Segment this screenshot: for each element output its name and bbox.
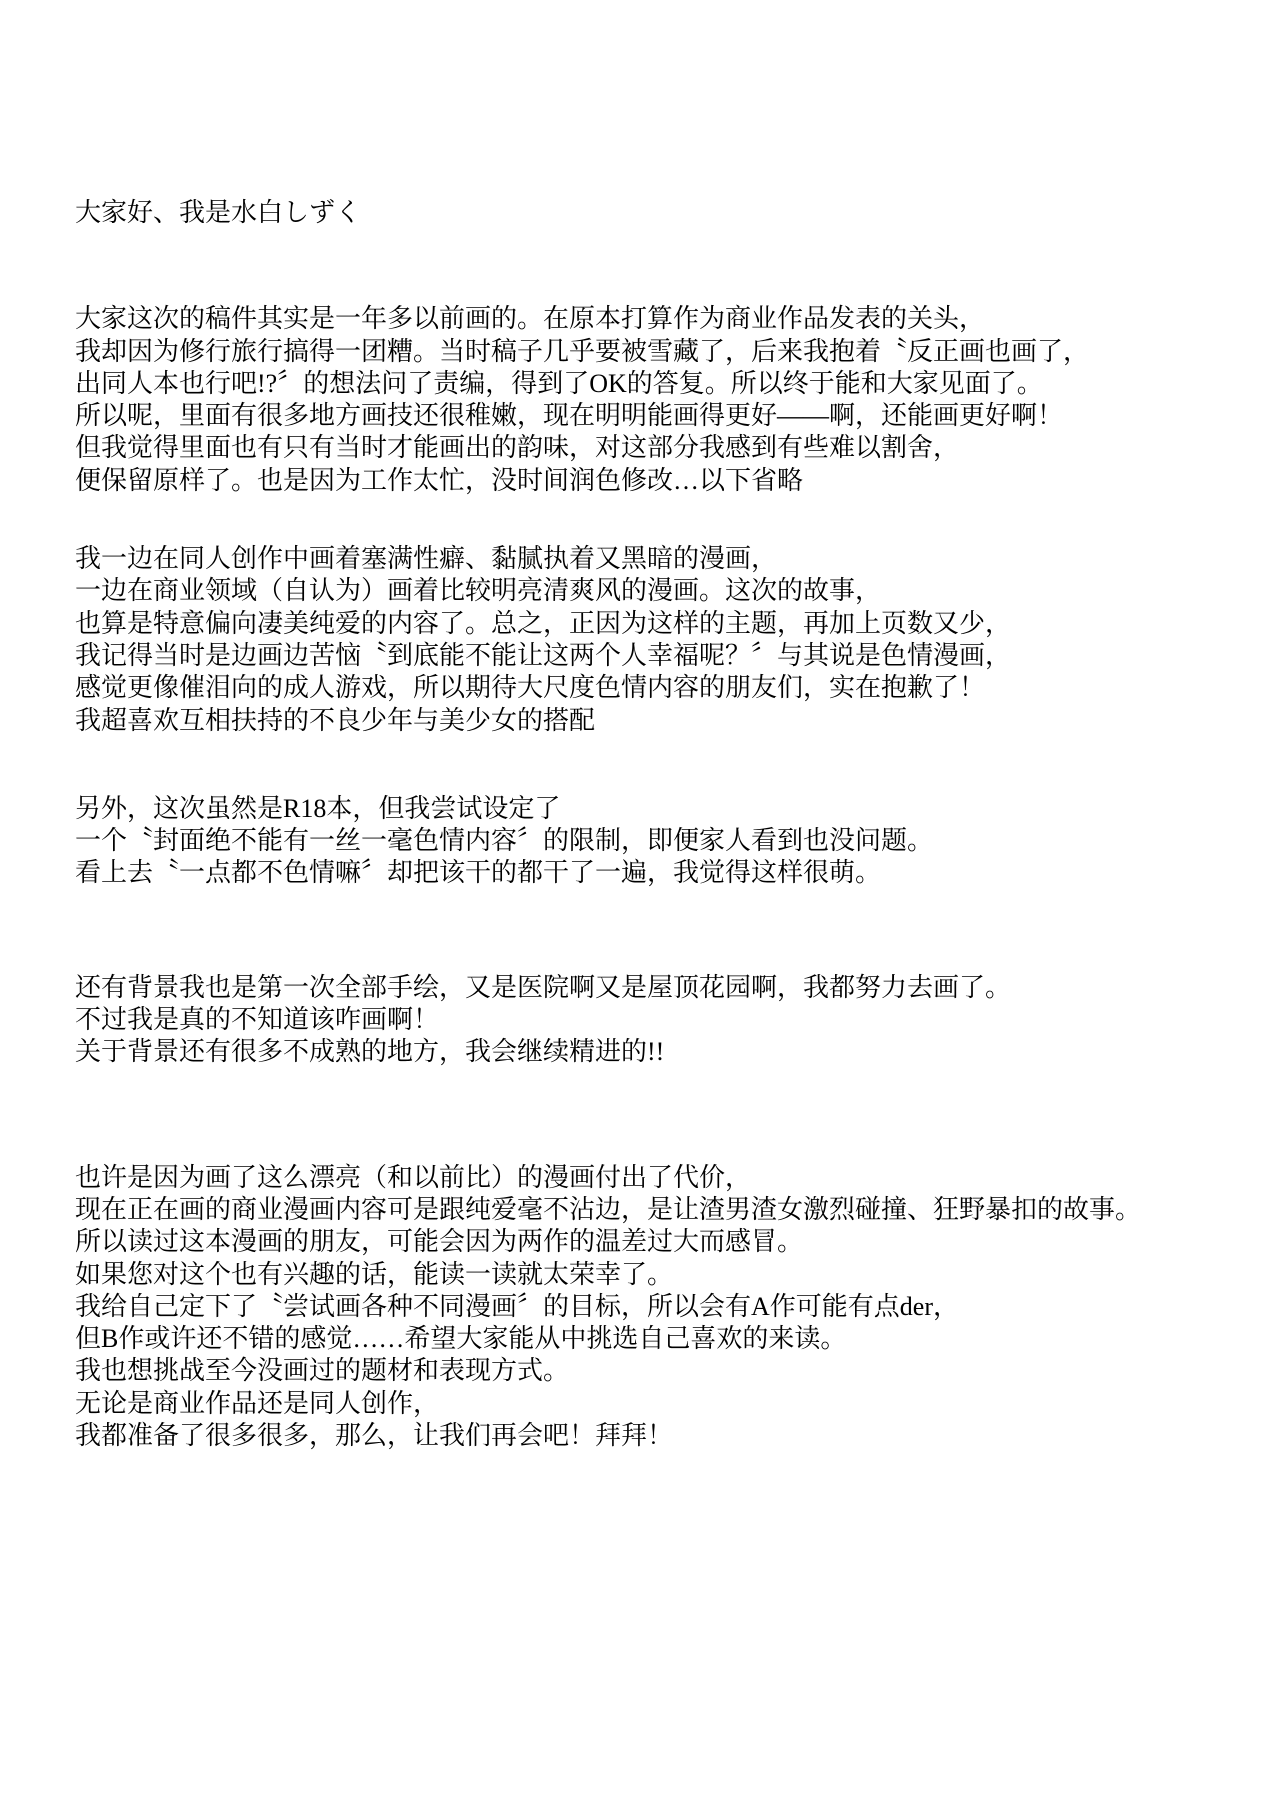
text-line: 一个〝封面绝不能有一丝一毫色情内容〞的限制，即便家人看到也没问题。 <box>75 825 1225 857</box>
afterword-page: 大家好、我是水白しずく 大家这次的稿件其实是一年多以前画的。在原本打算作为商业作… <box>0 0 1280 1808</box>
text-line: 所以读过这本漫画的朋友，可能会因为两作的温差过大而感冒。 <box>75 1226 1225 1258</box>
text-line: 我却因为修行旅行搞得一团糟。当时稿子几乎要被雪藏了，后来我抱着〝反正画也画了， <box>75 336 1225 368</box>
text-line: 但B作或许还不错的感觉……希望大家能从中挑选自己喜欢的来读。 <box>75 1323 1225 1355</box>
text-line: 大家这次的稿件其实是一年多以前画的。在原本打算作为商业作品发表的关头， <box>75 303 1225 335</box>
text-line: 我都准备了很多很多，那么，让我们再会吧！拜拜！ <box>75 1420 1225 1452</box>
text-line: 我一边在同人创作中画着塞满性癖、黏腻执着又黑暗的漫画， <box>75 543 1225 575</box>
text-line: 感觉更像催泪向的成人游戏，所以期待大尺度色情内容的朋友们，实在抱歉了！ <box>75 672 1225 704</box>
text-line: 关于背景还有很多不成熟的地方，我会继续精进的!! <box>75 1036 1225 1068</box>
text-line: 无论是商业作品还是同人创作， <box>75 1388 1225 1420</box>
text-line: 一边在商业领域（自认为）画着比较明亮清爽风的漫画。这次的故事， <box>75 575 1225 607</box>
text-line: 便保留原样了。也是因为工作太忙，没时间润色修改…以下省略 <box>75 465 1225 497</box>
text-line: 我给自己定下了〝尝试画各种不同漫画〞的目标，所以会有A作可能有点der， <box>75 1291 1225 1323</box>
text-line: 我记得当时是边画边苦恼〝到底能不能让这两个人幸福呢？〞与其说是色情漫画， <box>75 640 1225 672</box>
paragraph-style-comparison: 我一边在同人创作中画着塞满性癖、黏腻执着又黑暗的漫画， 一边在商业领域（自认为）… <box>75 543 1225 737</box>
text-line: 现在正在画的商业漫画内容可是跟纯爱毫不沾边，是让渣男渣女激烈碰撞、狂野暴扣的故事… <box>75 1194 1225 1226</box>
text-line: 如果您对这个也有兴趣的话，能读一读就太荣幸了。 <box>75 1259 1225 1291</box>
text-line: 我超喜欢互相扶持的不良少年与美少女的搭配 <box>75 705 1225 737</box>
text-line: 但我觉得里面也有只有当时才能画出的韵味，对这部分我感到有些难以割舍， <box>75 432 1225 464</box>
greeting-line: 大家好、我是水白しずく <box>75 197 1225 229</box>
paragraph-closing: 也许是因为画了这么漂亮（和以前比）的漫画付出了代价， 现在正在画的商业漫画内容可… <box>75 1162 1225 1453</box>
text-line: 还有背景我也是第一次全部手绘，又是医院啊又是屋顶花园啊，我都努力去画了。 <box>75 972 1225 1004</box>
paragraph-production-notes: 大家这次的稿件其实是一年多以前画的。在原本打算作为商业作品发表的关头， 我却因为… <box>75 303 1225 497</box>
text-line: 看上去〝一点都不色情嘛〞却把该干的都干了一遍，我觉得这样很萌。 <box>75 857 1225 889</box>
text-line: 也许是因为画了这么漂亮（和以前比）的漫画付出了代价， <box>75 1162 1225 1194</box>
text-line: 所以呢，里面有很多地方画技还很稚嫩，现在明明能画得更好——啊，还能画更好啊！ <box>75 400 1225 432</box>
text-line: 不过我是真的不知道该咋画啊！ <box>75 1004 1225 1036</box>
text-line: 也算是特意偏向凄美纯爱的内容了。总之，正因为这样的主题，再加上页数又少， <box>75 608 1225 640</box>
text-line: 我也想挑战至今没画过的题材和表现方式。 <box>75 1355 1225 1387</box>
text-line: 另外，这次虽然是R18本，但我尝试设定了 <box>75 793 1225 825</box>
paragraph-cover-rule: 另外，这次虽然是R18本，但我尝试设定了 一个〝封面绝不能有一丝一毫色情内容〞的… <box>75 793 1225 890</box>
paragraph-backgrounds: 还有背景我也是第一次全部手绘，又是医院啊又是屋顶花园啊，我都努力去画了。 不过我… <box>75 972 1225 1069</box>
text-line: 出同人本也行吧!?〞的想法问了责编，得到了OK的答复。所以终于能和大家见面了。 <box>75 368 1225 400</box>
